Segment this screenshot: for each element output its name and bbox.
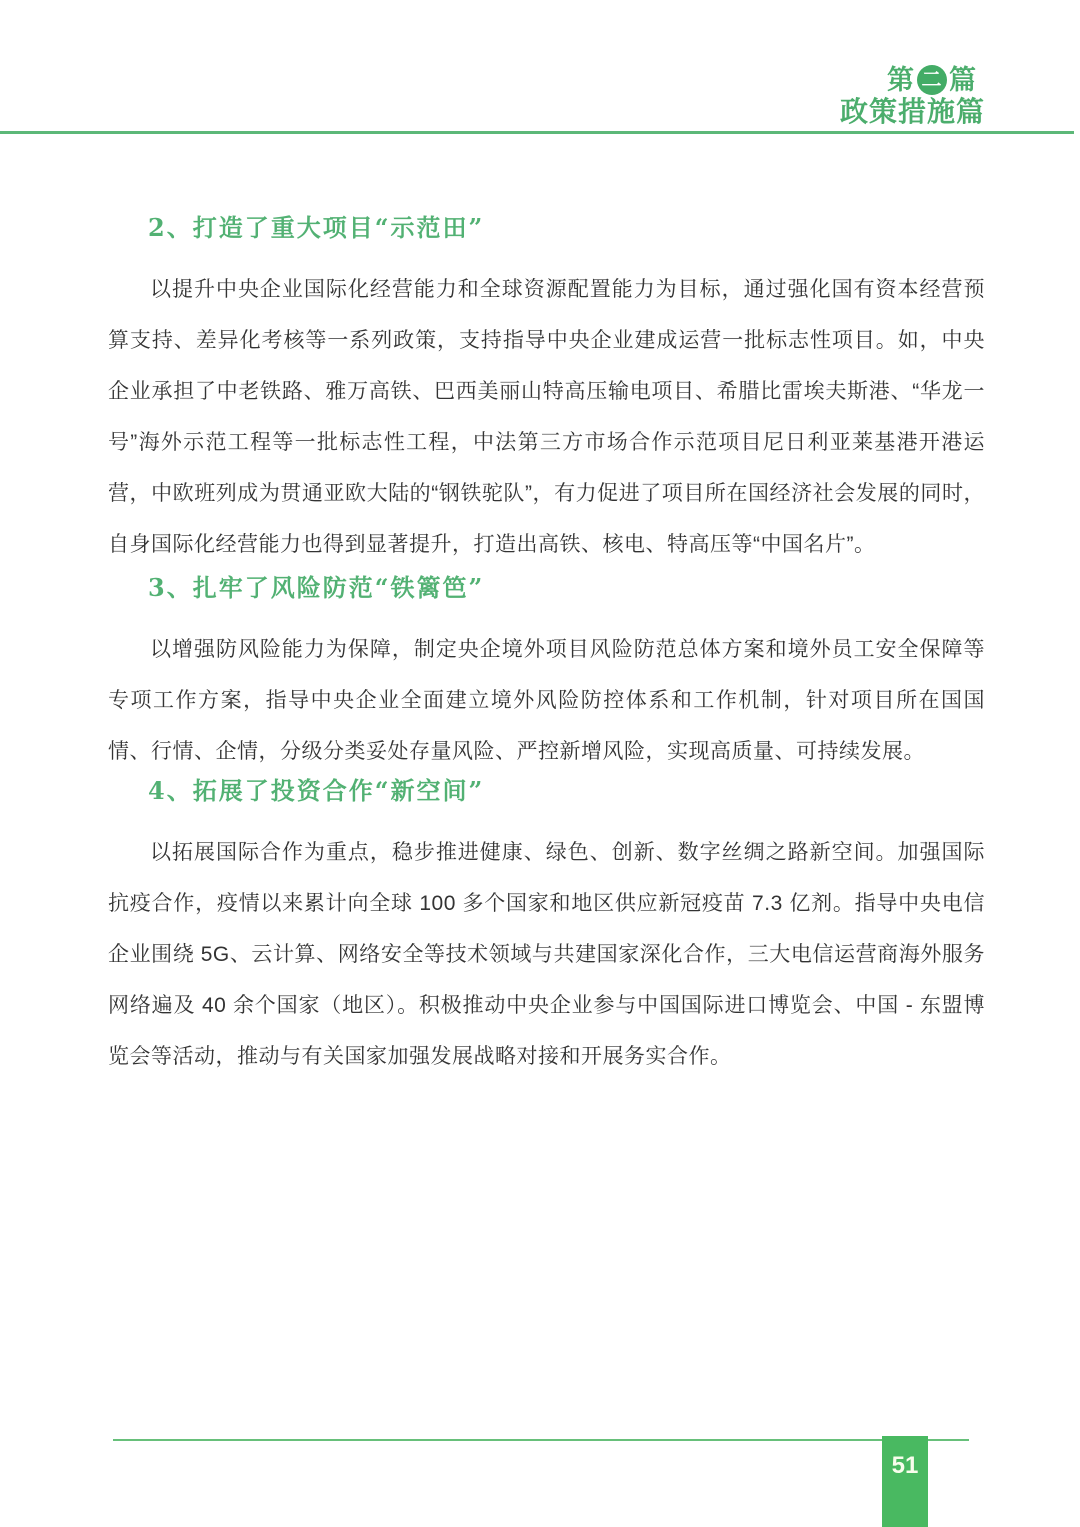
page-number: 51 bbox=[892, 1452, 919, 1480]
footer-divider-line bbox=[113, 1439, 969, 1441]
page-header: 第 二 篇 政策措施篇 bbox=[840, 64, 985, 128]
section-heading-3: 3、扎牢了风险防范“铁篱笆” bbox=[148, 572, 985, 604]
section-heading-2: 2、打造了重大项目“示范田” bbox=[148, 212, 985, 244]
document-page: 第 二 篇 政策措施篇 2、打造了重大项目“示范田” 以提升中央企业国际化经营能… bbox=[0, 0, 1080, 1527]
section-paragraph-4: 以拓展国际合作为重点，稳步推进健康、绿色、创新、数字丝绸之路新空间。加强国际抗疫… bbox=[108, 827, 985, 1082]
part-suffix: 篇 bbox=[949, 64, 977, 96]
part-number-circle-icon: 二 bbox=[917, 65, 947, 95]
section-paragraph-3: 以增强防风险能力为保障，制定央企境外项目风险防范总体方案和境外员工安全保障等专项… bbox=[108, 624, 985, 777]
section-paragraph-2: 以提升中央企业国际化经营能力和全球资源配置能力为目标，通过强化国有资本经营预算支… bbox=[108, 264, 985, 570]
part-subtitle: 政策措施篇 bbox=[840, 96, 985, 128]
page-number-tab: 51 bbox=[882, 1436, 928, 1527]
part-title: 第 二 篇 bbox=[840, 64, 985, 96]
part-prefix: 第 bbox=[887, 64, 915, 96]
part-number: 二 bbox=[922, 64, 943, 96]
section-heading-4: 4、拓展了投资合作“新空间” bbox=[148, 775, 985, 807]
document-content: 2、打造了重大项目“示范田” 以提升中央企业国际化经营能力和全球资源配置能力为目… bbox=[108, 134, 985, 1082]
